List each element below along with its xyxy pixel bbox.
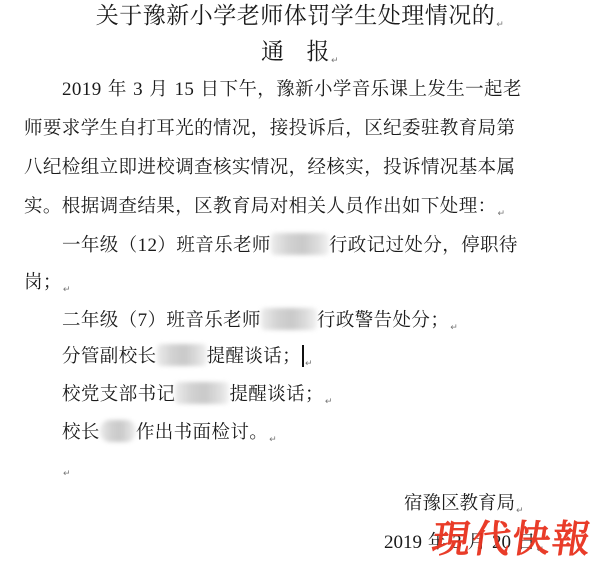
watermark-logo: 現代快報 [429,508,597,562]
paragraph-mark-icon: ↵ [331,56,339,66]
penalty-item-5: 校长作出书面检讨。↵ [62,420,277,452]
redacted-name [271,233,329,255]
paragraph-line: 2019 年 3 月 15 日下午，豫新小学音乐课上发生一起老 [62,78,522,102]
penalty-item-4: 校党支部书记提醒谈话；↵ [62,382,333,414]
text-cursor[interactable] [302,345,304,367]
paragraph-mark-icon: ↵ [450,323,458,333]
redacted-name [261,308,317,330]
paragraph-mark-icon: ↵ [269,435,277,445]
redacted-name [157,344,207,366]
paragraph-mark-icon: ↵ [63,285,71,295]
penalty-item-3: 分管副校长提醒谈话；↵ [62,344,313,376]
paragraph-mark-icon: ↵ [63,469,71,479]
document-title-line1: 关于豫新小学老师体罚学生处理情况的↵ [0,2,600,39]
redacted-name [100,420,136,442]
paragraph-mark-icon: ↵ [305,359,313,369]
penalty-item-2: 二年级（7）班音乐老师行政警告处分；↵ [62,308,458,340]
paragraph-mark-icon: ↵ [325,397,333,407]
empty-paragraph: ↵ [62,455,71,486]
paragraph-line: 八纪检组立即进校调查核实情况，经核实，投诉情况基本属 [24,156,515,180]
document-title-line2: 通报↵ [0,38,600,75]
redacted-name [175,382,229,404]
paragraph-mark-icon: ↵ [496,20,504,30]
paragraph-line: 师要求学生自打耳光的情况，接投诉后，区纪委驻教育局第 [24,117,515,141]
paragraph-line-last: 实。根据调查结果，区教育局对相关人员作出如下处理：↵ [24,195,505,226]
paragraph-mark-icon: ↵ [498,209,506,219]
penalty-item-1: 一年级（12）班音乐老师行政记过处分，停职待 [62,233,518,258]
penalty-item-1-cont: 岗；↵ [24,271,71,302]
